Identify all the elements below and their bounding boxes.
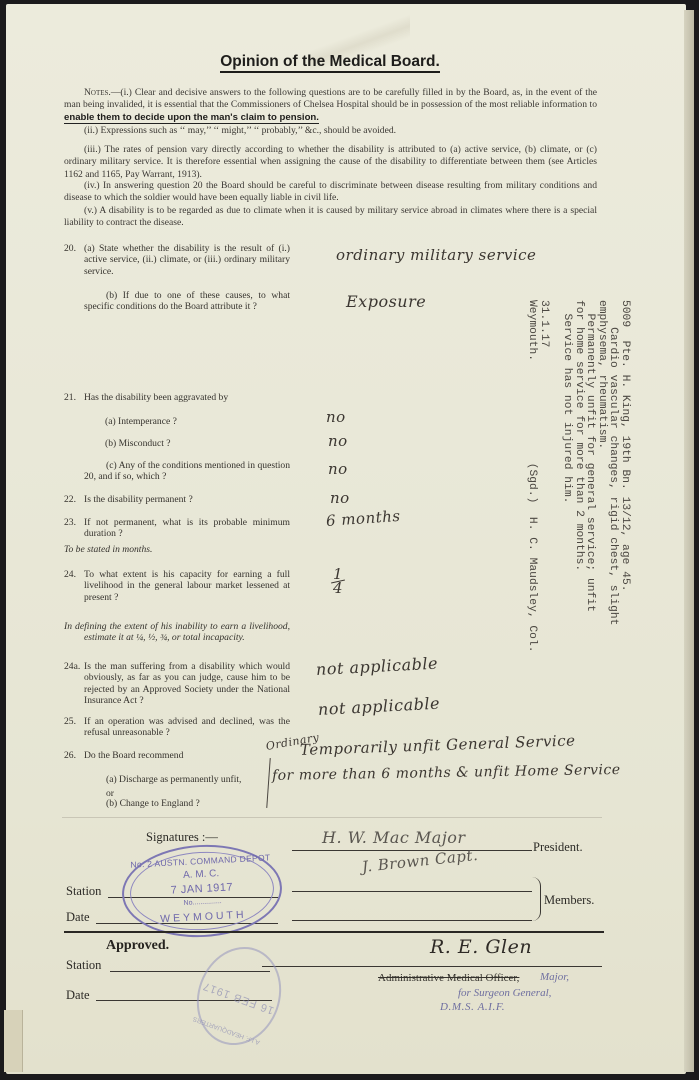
answer-21a: no (326, 408, 346, 426)
note-ii: (ii.) Expressions such as ‘‘ may,’’ ‘‘ m… (64, 125, 597, 137)
answer-21b: no (328, 432, 348, 450)
question-24-note: In defining the extent of his inability … (64, 621, 290, 644)
for-surgeon-general: for Surgeon General, (458, 987, 551, 999)
member-line-1 (292, 891, 532, 892)
answer-20a: ordinary military service (336, 246, 536, 264)
answer-20b: Exposure (346, 292, 426, 311)
question-23-note: To be stated in months. (64, 544, 152, 555)
member-line-2 (292, 920, 532, 921)
note-i: Notes.—(i.) Clear and decisive answers t… (64, 87, 597, 124)
answer-24: 1 4 (331, 568, 345, 595)
question-22: 22. Is the disability permanent ? (64, 494, 290, 505)
approval-divider (64, 931, 604, 933)
members-label: Members. (544, 893, 594, 908)
question-26a: (a) Discharge as permanently unfit, (106, 774, 241, 785)
note-v: (v.) A disability is to be regarded as d… (64, 205, 597, 230)
question-26: 26. Do the Board recommend (64, 750, 183, 761)
approval-date-label: Date (66, 988, 90, 1003)
signatures-label: Signatures :— (146, 830, 218, 845)
question-21: 21. Has the disability been aggravated b… (64, 392, 304, 403)
question-25: 25. If an operation was advised and decl… (64, 716, 290, 739)
section-divider (62, 817, 602, 818)
dms-aif: D.M.S. A.I.F. (440, 1001, 505, 1013)
members-brace (532, 877, 541, 921)
approval-station-label: Station (66, 958, 101, 973)
officer-rank: Major, (540, 971, 569, 983)
answer-22: no (330, 489, 350, 507)
question-20a: 20. (a) State whether the disability is … (64, 243, 290, 277)
answer-21c: no (328, 460, 348, 478)
note-iii: (iii.) The rates of pension vary directl… (64, 144, 597, 181)
page-edge-bottom-left (4, 1010, 23, 1072)
question-26b: (b) Change to England ? (106, 798, 200, 809)
question-23: 23. If not permanent, what is its probab… (64, 517, 290, 540)
officer-label: Administrative Medical Officer, (378, 972, 519, 984)
question-24: 24. To what extent is his capacity for e… (64, 569, 290, 603)
note-iv: (iv.) In answering question 20 the Board… (64, 180, 597, 205)
approval-signature-line (262, 966, 602, 967)
president-label: President. (533, 840, 583, 855)
page-title: Opinion of the Medical Board. (0, 53, 660, 71)
question-21b: (b) Misconduct ? (105, 438, 171, 449)
page-edge (684, 10, 694, 1072)
station-label: Station (66, 884, 101, 899)
question-24a: 24a. Is the man suffering from a disabil… (64, 661, 290, 707)
president-signature: H. W. Mac Major (322, 828, 466, 847)
typed-board-summary: 5009 Pte. H. King, 19th Bn. 13/12, age 4… (526, 300, 630, 653)
question-21a: (a) Intemperance ? (105, 416, 177, 427)
approved-heading: Approved. (106, 938, 169, 954)
question-21c: (c) Any of the conditions mentioned in q… (84, 460, 290, 483)
question-20b: (b) If due to one of these causes, to wh… (84, 290, 290, 313)
date-label: Date (66, 910, 90, 925)
president-line (292, 850, 532, 851)
approval-signature: R. E. Glen (430, 936, 532, 958)
